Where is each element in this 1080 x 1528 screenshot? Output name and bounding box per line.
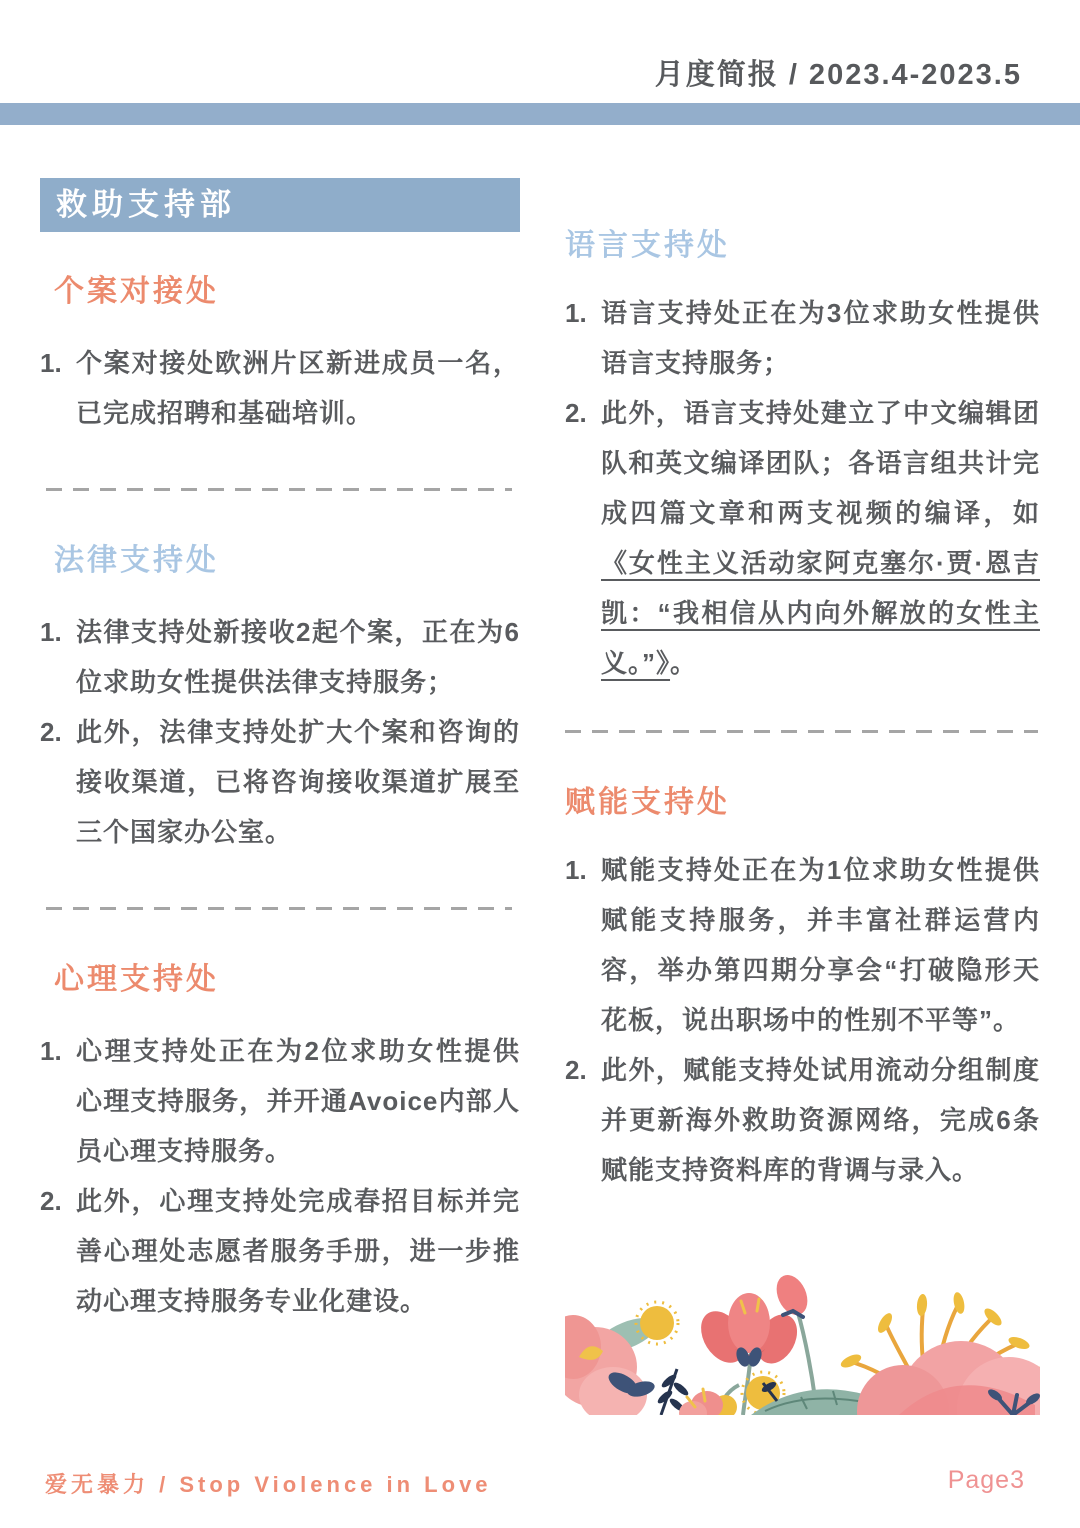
section-heading-language-support: 语言支持处: [565, 228, 1040, 264]
section-items: 1. 心理支持处正在为2位求助女性提供心理支持服务，并开通Avoice内部人员心…: [40, 1026, 520, 1326]
section-heading-legal-support: 法律支持处: [40, 543, 520, 579]
flower-illustration: [565, 1265, 1040, 1415]
item-text-post: 。: [670, 648, 697, 678]
item-text: 个案对接处欧洲片区新进成员一名，已完成招聘和基础培训。: [76, 338, 520, 438]
item-number: 2.: [40, 1176, 76, 1326]
dashed-divider: [46, 907, 512, 910]
list-item: 1. 赋能支持处正在为1位求助女性提供赋能支持服务，并丰富社群运营内容，举办第四…: [565, 845, 1040, 1045]
section-items: 1. 语言支持处正在为3位求助女性提供语言支持服务； 2. 此外，语言支持处建立…: [565, 288, 1040, 688]
right-column: 语言支持处 1. 语言支持处正在为3位求助女性提供语言支持服务； 2. 此外，语…: [565, 228, 1040, 1195]
footer-tagline: 爱无暴力 / Stop Violence in Love: [45, 1468, 492, 1499]
item-text: 此外，赋能支持处试用流动分组制度并更新海外救助资源网络，完成6条赋能支持资料库的…: [601, 1045, 1040, 1195]
section-items: 1. 赋能支持处正在为1位求助女性提供赋能支持服务，并丰富社群运营内容，举办第四…: [565, 845, 1040, 1195]
dashed-divider: [46, 488, 512, 491]
list-item: 2. 此外，赋能支持处试用流动分组制度并更新海外救助资源网络，完成6条赋能支持资…: [565, 1045, 1040, 1195]
list-item: 1. 心理支持处正在为2位求助女性提供心理支持服务，并开通Avoice内部人员心…: [40, 1026, 520, 1176]
report-page: 月度简报 / 2023.4-2023.5 救助支持部 个案对接处 1. 个案对接…: [0, 0, 1080, 1528]
top-divider-bar: [0, 103, 1080, 125]
list-item: 2. 此外，法律支持处扩大个案和咨询的接收渠道，已将咨询接收渠道扩展至三个国家办…: [40, 707, 520, 857]
list-item: 1. 语言支持处正在为3位求助女性提供语言支持服务；: [565, 288, 1040, 388]
item-text: 语言支持处正在为3位求助女性提供语言支持服务；: [601, 288, 1040, 388]
section-heading-case-matching: 个案对接处: [40, 274, 520, 310]
section-items: 1. 法律支持处新接收2起个案，正在为6位求助女性提供法律支持服务； 2. 此外…: [40, 607, 520, 857]
item-number: 1.: [565, 288, 601, 388]
department-banner: 救助支持部: [40, 178, 520, 232]
list-item: 1. 法律支持处新接收2起个案，正在为6位求助女性提供法律支持服务；: [40, 607, 520, 707]
report-title: 月度简报 / 2023.4-2023.5: [655, 52, 1022, 93]
article-link[interactable]: 《女性主义活动家阿克塞尔·贾·恩吉凯：“我相信从内向外解放的女性主义。”》: [601, 548, 1040, 678]
item-text-pre: 此外，语言支持处建立了中文编辑团队和英文编译团队；各语言组共计完成四篇文章和两支…: [601, 398, 1040, 528]
list-item: 1. 个案对接处欧洲片区新进成员一名，已完成招聘和基础培训。: [40, 338, 520, 438]
list-item: 2. 此外，心理支持处完成春招目标并完善心理处志愿者服务手册，进一步推动心理支持…: [40, 1176, 520, 1326]
item-text: 心理支持处正在为2位求助女性提供心理支持服务，并开通Avoice内部人员心理支持…: [76, 1026, 520, 1176]
item-text: 法律支持处新接收2起个案，正在为6位求助女性提供法律支持服务；: [76, 607, 520, 707]
list-item: 2. 此外，语言支持处建立了中文编辑团队和英文编译团队；各语言组共计完成四篇文章…: [565, 388, 1040, 688]
item-number: 2.: [40, 707, 76, 857]
item-text: 此外，心理支持处完成春招目标并完善心理处志愿者服务手册，进一步推动心理支持服务专…: [76, 1176, 520, 1326]
item-number: 2.: [565, 388, 601, 688]
section-items: 1. 个案对接处欧洲片区新进成员一名，已完成招聘和基础培训。: [40, 338, 520, 438]
left-column: 救助支持部 个案对接处 1. 个案对接处欧洲片区新进成员一名，已完成招聘和基础培…: [40, 178, 520, 1326]
item-number: 1.: [40, 338, 76, 438]
item-text: 此外，语言支持处建立了中文编辑团队和英文编译团队；各语言组共计完成四篇文章和两支…: [601, 388, 1040, 688]
item-number: 1.: [40, 1026, 76, 1176]
item-number: 1.: [40, 607, 76, 707]
section-heading-psych-support: 心理支持处: [40, 962, 520, 998]
item-number: 2.: [565, 1045, 601, 1195]
dashed-divider: [565, 730, 1038, 733]
flower-illustration-svg: [565, 1265, 1040, 1415]
item-text: 赋能支持处正在为1位求助女性提供赋能支持服务，并丰富社群运营内容，举办第四期分享…: [601, 845, 1040, 1045]
item-number: 1.: [565, 845, 601, 1045]
department-banner-label: 救助支持部: [56, 187, 236, 222]
item-text: 此外，法律支持处扩大个案和咨询的接收渠道，已将咨询接收渠道扩展至三个国家办公室。: [76, 707, 520, 857]
section-heading-empowerment-support: 赋能支持处: [565, 785, 1040, 821]
page-number: Page3: [948, 1466, 1025, 1495]
